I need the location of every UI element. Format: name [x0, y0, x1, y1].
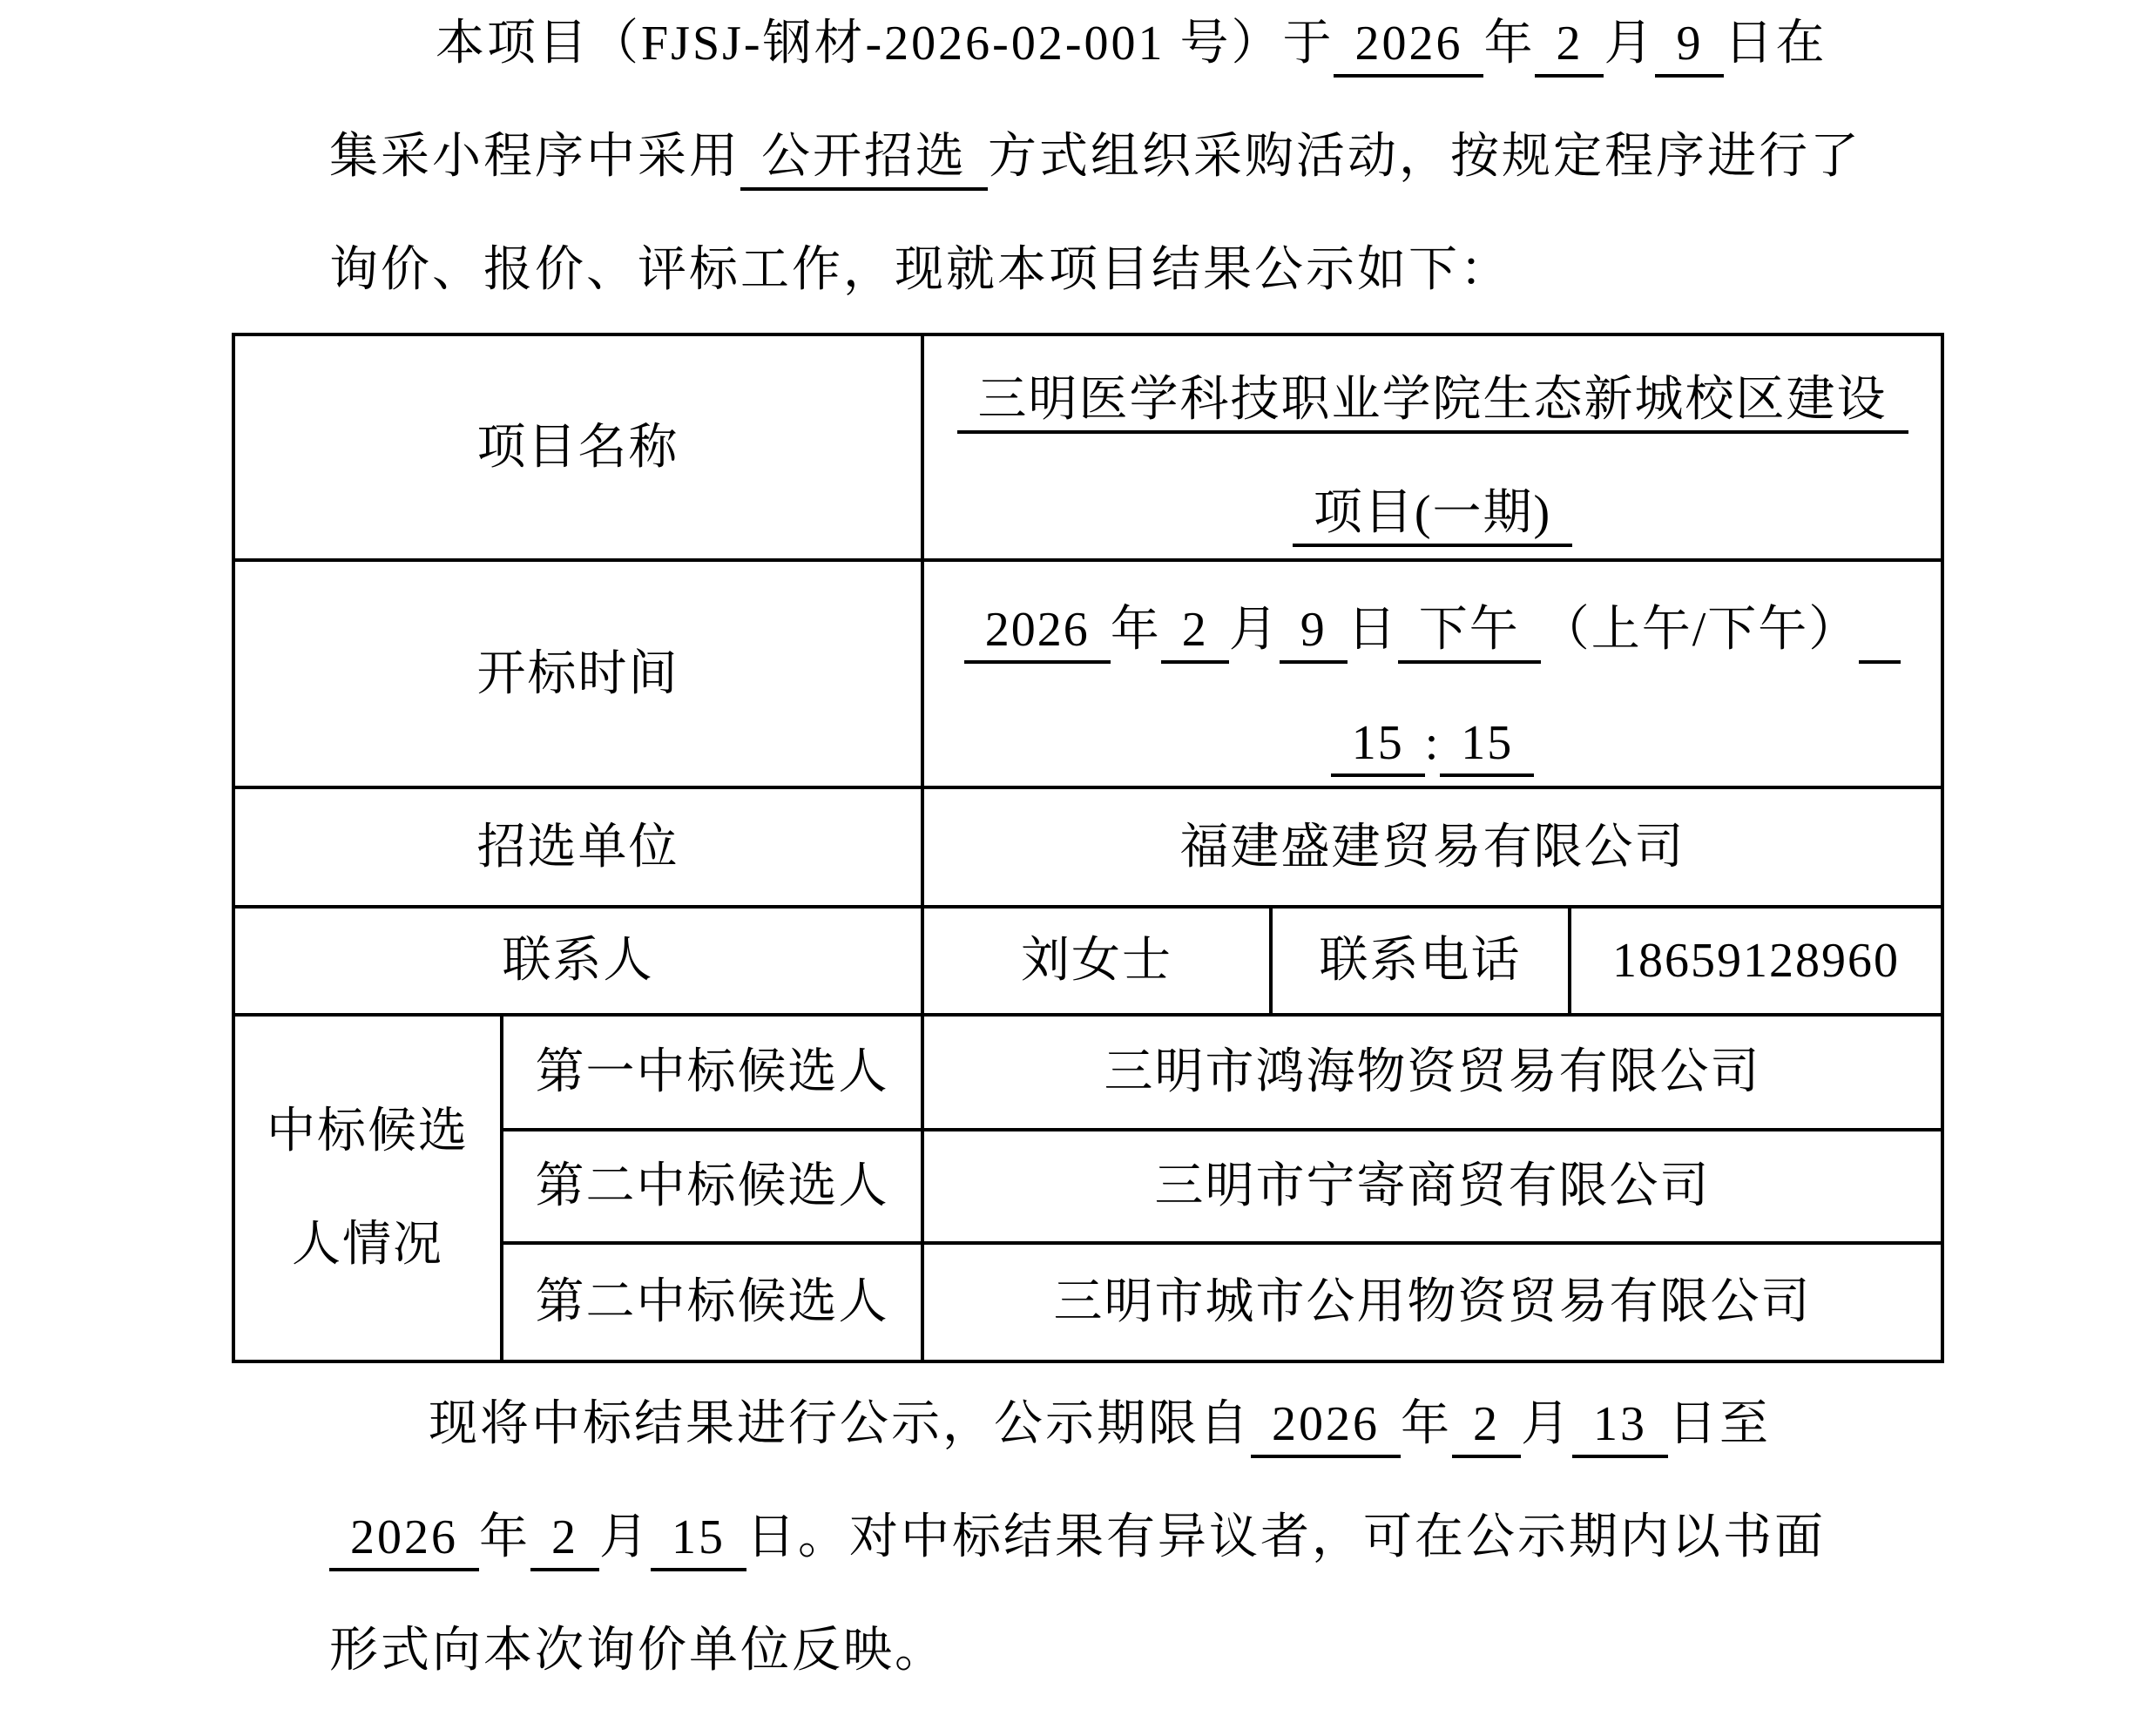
bid-opening-time-line-1: 2026年2月9日下午（上午/下午） — [964, 573, 1901, 686]
underlined-text-segment — [1859, 603, 1901, 664]
project-name-label: 项目名称 — [477, 391, 679, 504]
text-segment: （上午/下午） — [1541, 603, 1860, 657]
candidate-3-rank-label: 第二中标候选人 — [536, 1246, 889, 1359]
bid-opening-time-line-2: 15:15 — [1331, 686, 1535, 790]
underlined-text-segment: 下午 — [1398, 603, 1541, 664]
contact-phone-label-cell: 联系电话 — [1273, 909, 1571, 1017]
tender-unit-label-cell: 招选单位 — [235, 789, 924, 909]
underlined-text-segment: 2026 — [1334, 17, 1483, 78]
text-segment: 年 — [1483, 17, 1535, 71]
candidate-2-rank-label: 第二中标候选人 — [536, 1131, 889, 1243]
underlined-text-segment: 9 — [1655, 17, 1724, 78]
intro-paragraph: 本项目（FJSJ-钢材-2026-02-001 号）于2026年2月9日在 集采… — [329, 0, 1861, 327]
tender-unit-value-cell: 福建盛建贸易有限公司 — [924, 789, 1941, 909]
candidate-3-rank-cell: 第二中标候选人 — [503, 1245, 924, 1360]
candidate-2-company: 三明市宁寄商贸有限公司 — [1155, 1131, 1711, 1243]
underlined-text-segment: 13 — [1572, 1397, 1668, 1458]
closing-paragraph: 现将中标结果进行公示，公示期限自2026年2月13日至 2026年2月15日。对… — [329, 1368, 1826, 1707]
candidate-2-rank-cell: 第二中标候选人 — [503, 1131, 924, 1245]
contact-label-cell: 联系人 — [235, 909, 924, 1017]
underlined-text-segment: 2 — [1452, 1397, 1521, 1458]
candidates-group-label-cell: 中标候选 人情况 — [235, 1017, 503, 1360]
text-segment: 集采小程序中采用 — [329, 130, 740, 184]
bid-result-table: 项目名称 三明医学科技职业学院生态新城校区建设 项目(一期) 开标时间 2026… — [232, 333, 1944, 1363]
text-segment: 月 — [1604, 17, 1655, 71]
underlined-text-segment: 2 — [530, 1510, 599, 1571]
candidate-1-rank-label: 第一中标候选人 — [536, 1017, 889, 1129]
text-segment: : — [1425, 716, 1441, 770]
candidate-1-company: 三明市鸿海物资贸易有限公司 — [1104, 1017, 1761, 1129]
text-segment: 方式组织采购活动，按规定程序进行了 — [988, 130, 1861, 184]
closing-line-1: 现将中标结果进行公示，公示期限自2026年2月13日至 — [429, 1368, 1826, 1481]
candidate-2-company-cell: 三明市宁寄商贸有限公司 — [924, 1131, 1941, 1245]
underlined-text-segment: 2 — [1161, 603, 1229, 664]
candidates-group-label-line-1: 中标候选 — [267, 1075, 469, 1188]
contact-phone-label: 联系电话 — [1320, 909, 1522, 1017]
text-segment: 日至 — [1668, 1397, 1771, 1451]
contact-name: 刘女士 — [1021, 909, 1172, 1017]
document-page: 本项目（FJSJ-钢材-2026-02-001 号）于2026年2月9日在 集采… — [0, 0, 2148, 1736]
project-name-value-line-2: 项目(一期) — [1293, 456, 1572, 563]
underlined-text-segment: 2026 — [1251, 1397, 1401, 1458]
underlined-text-segment: 项目(一期) — [1293, 486, 1572, 547]
contact-label: 联系人 — [503, 909, 654, 1017]
underlined-text-segment: 2026 — [964, 603, 1111, 664]
contact-phone-value: 18659128960 — [1612, 909, 1900, 1017]
text-segment: 月 — [1521, 1397, 1572, 1451]
project-name-label-cell: 项目名称 — [235, 336, 924, 562]
text-segment: 日在 — [1724, 17, 1827, 71]
candidate-1-rank-cell: 第一中标候选人 — [503, 1017, 924, 1131]
underlined-text-segment: 15 — [651, 1510, 746, 1571]
candidate-3-company: 三明市城市公用物资贸易有限公司 — [1054, 1246, 1812, 1359]
text-segment: 现将中标结果进行公示，公示期限自 — [429, 1397, 1251, 1451]
text-segment: 日 — [1348, 603, 1398, 657]
bid-opening-time-label-cell: 开标时间 — [235, 562, 924, 789]
underlined-text-segment: 2 — [1535, 17, 1604, 78]
text-segment: 月 — [1229, 603, 1280, 657]
text-segment: 月 — [599, 1510, 651, 1564]
underlined-text-segment: 2026 — [329, 1510, 479, 1571]
text-segment: 年 — [1401, 1397, 1452, 1451]
closing-line-3: 形式向本次询价单位反映。 — [329, 1594, 1826, 1707]
underlined-text-segment: 15 — [1331, 716, 1425, 777]
underlined-text-segment: 公开招选 — [740, 130, 988, 191]
underlined-text-segment: 三明医学科技职业学院生态新城校区建设 — [957, 373, 1908, 434]
text-segment: 形式向本次询价单位反映。 — [329, 1624, 946, 1678]
candidate-1-company-cell: 三明市鸿海物资贸易有限公司 — [924, 1017, 1941, 1131]
tender-unit-value: 福建盛建贸易有限公司 — [1180, 791, 1685, 904]
underlined-text-segment: 15 — [1440, 716, 1534, 777]
text-segment: 询价、报价、评标工作，现就本项目结果公示如下： — [329, 243, 1511, 297]
intro-line-2: 集采小程序中采用公开招选方式组织采购活动，按规定程序进行了 — [329, 100, 1861, 213]
text-segment: 日。对中标结果有异议者，可在公示期内以书面 — [746, 1510, 1826, 1564]
intro-line-1: 本项目（FJSJ-钢材-2026-02-001 号）于2026年2月9日在 — [436, 0, 1861, 100]
contact-name-cell: 刘女士 — [924, 909, 1273, 1017]
candidate-3-company-cell: 三明市城市公用物资贸易有限公司 — [924, 1245, 1941, 1360]
tender-unit-label: 招选单位 — [477, 791, 679, 904]
underlined-text-segment: 9 — [1280, 603, 1348, 664]
text-segment: 年 — [479, 1510, 530, 1564]
intro-line-3: 询价、报价、评标工作，现就本项目结果公示如下： — [329, 213, 1861, 327]
candidates-group-label-line-2: 人情况 — [292, 1188, 443, 1301]
project-name-value-cell: 三明医学科技职业学院生态新城校区建设 项目(一期) — [924, 336, 1941, 562]
project-name-value-line-1: 三明医学科技职业学院生态新城校区建设 — [957, 343, 1908, 456]
contact-phone-value-cell: 18659128960 — [1571, 909, 1941, 1017]
text-segment: 本项目（FJSJ-钢材-2026-02-001 号）于 — [436, 17, 1334, 71]
closing-line-2: 2026年2月15日。对中标结果有异议者，可在公示期内以书面 — [329, 1481, 1826, 1594]
text-segment: 年 — [1111, 603, 1161, 657]
bid-opening-time-value-cell: 2026年2月9日下午（上午/下午） 15:15 — [924, 562, 1941, 789]
bid-opening-time-label: 开标时间 — [477, 618, 679, 731]
